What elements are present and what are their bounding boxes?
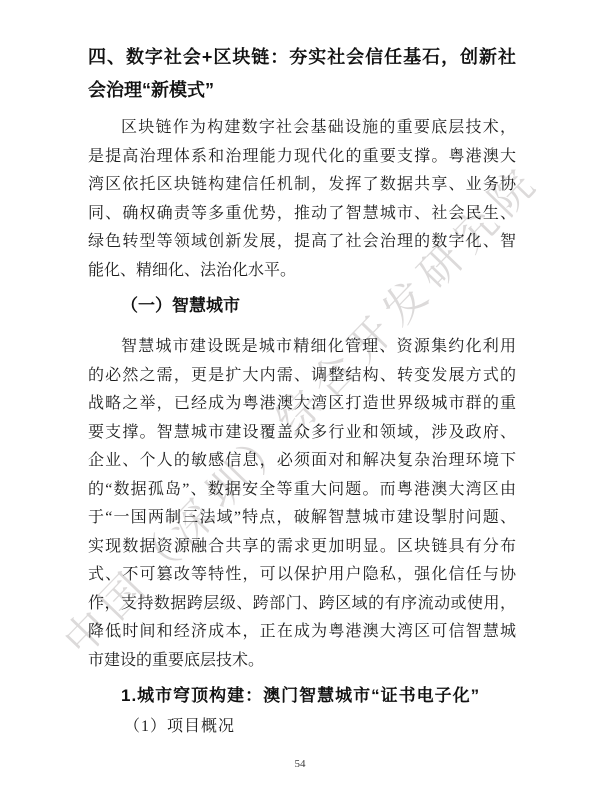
paragraph-1: 区块链作为构建数字社会基础设施的重要底层技术， 是提高治理体系和治理能力现代化的… (88, 114, 516, 285)
document-page: 中国（深圳）综合开发研究院 四、数字社会+区块链：夯实社会信任基石，创新社 会治… (0, 0, 600, 788)
paragraph-line: 的“数据孤岛”、数据安全等重大问题。而粤港澳大湾区由 (88, 476, 516, 505)
paragraph-line: 是提高治理体系和治理能力现代化的重要支撑。粤港澳大 (88, 143, 516, 172)
subsection-project-overview: （1）项目概况 (88, 713, 516, 741)
paragraph-line: 式、不可篡改等特性，可以保护用户隐私，强化信任与协 (88, 561, 516, 590)
section-heading-smart-city: （一）智慧城市 (88, 292, 516, 320)
paragraph-line: 区块链作为构建数字社会基础设施的重要底层技术， (88, 114, 516, 143)
chapter-title-line-2: 会治理“新模式” (88, 74, 516, 107)
paragraph-2: 智慧城市建设既是城市精细化管理、资源集约化利用 的必然之需，更是扩大内需、调整结… (88, 333, 516, 675)
paragraph-line: 降低时间和经济成本，正在成为粤港澳大湾区可信智慧城 (88, 618, 516, 647)
paragraph-line: 战略之举，已经成为粤港澳大湾区打造世界级城市群的重 (88, 390, 516, 419)
chapter-title: 四、数字社会+区块链：夯实社会信任基石，创新社 会治理“新模式” (88, 41, 516, 107)
paragraph-line: 实现数据资源融合共享的需求更加明显。区块链具有分布 (88, 533, 516, 562)
paragraph-line: 于“一国两制三法域”特点，破解智慧城市建设掣肘问题、 (88, 504, 516, 533)
paragraph-line: 绿色转型等领域创新发展，提高了社会治理的数字化、智 (88, 228, 516, 257)
paragraph-line: 作，支持数据跨层级、跨部门、跨区域的有序流动或使用， (88, 590, 516, 619)
page-number: 54 (0, 758, 600, 770)
paragraph-line: 智慧城市建设既是城市精细化管理、资源集约化利用 (88, 333, 516, 362)
paragraph-line: 企业、个人的敏感信息，必须面对和解决复杂治理环境下 (88, 447, 516, 476)
case-heading-macau-certificates: 1.城市穹顶构建：澳门智慧城市“证书电子化” (88, 682, 516, 710)
paragraph-line: 市建设的重要底层技术。 (88, 647, 516, 676)
page-content: 四、数字社会+区块链：夯实社会信任基石，创新社 会治理“新模式” 区块链作为构建… (88, 41, 516, 741)
paragraph-line: 能化、精细化、法治化水平。 (88, 257, 516, 286)
paragraph-line: 湾区依托区块链构建信任机制，发挥了数据共享、业务协 (88, 171, 516, 200)
paragraph-line: 要支撑。智慧城市建设覆盖众多行业和领域，涉及政府、 (88, 419, 516, 448)
chapter-title-line-1: 四、数字社会+区块链：夯实社会信任基石，创新社 (88, 41, 516, 74)
paragraph-line: 的必然之需，更是扩大内需、调整结构、转变发展方式的 (88, 362, 516, 391)
paragraph-line: 同、确权确责等多重优势，推动了智慧城市、社会民生、 (88, 200, 516, 229)
